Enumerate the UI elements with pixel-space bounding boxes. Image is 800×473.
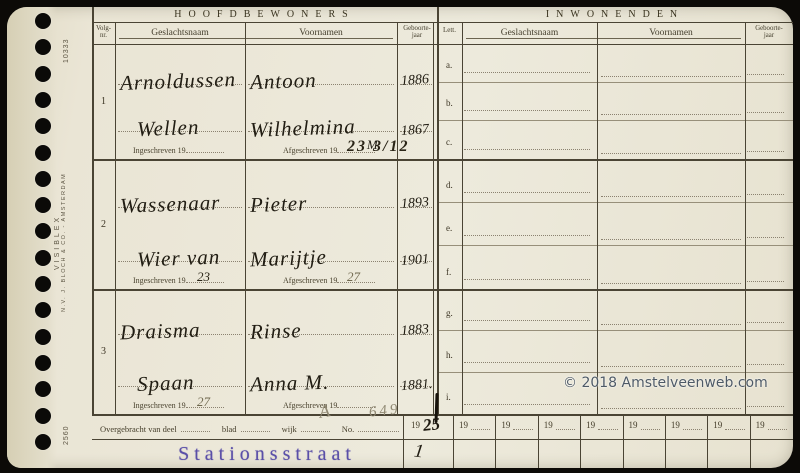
year-cell: 19 [453,414,495,439]
birthyear-handwriting: 1881. [400,377,433,395]
year-cell: 19 [538,414,580,439]
year-cell: 19 [495,414,537,439]
watermark-copyright: © 2018 Amstelveenweb.com [563,375,773,391]
row-letter: h. [446,350,453,360]
ingeschreven-field: Ingeschreven 1923 [133,275,224,285]
grid-line [437,7,439,414]
afgeschreven-field: Afgeschreven 1927 [283,275,375,285]
firstname-handwriting: Wilhelmina [250,114,356,143]
firstname-handwriting: Anna M. [250,370,330,398]
lodger-row: c. [437,121,793,159]
firstname-handwriting: Marijtje [250,245,328,273]
year-cells: 19 19 19 19 19 19 19 19 [453,414,792,439]
surname-handwriting: Draisma [120,318,201,346]
surname-handwriting: Arnoldussen [120,67,237,96]
year-value-handwriting: 25 [422,414,441,436]
column-header-geboortejaar-left: Geboorte-jaar [397,25,437,39]
row-letter: e. [446,223,452,233]
year-cell: 19 [750,414,792,439]
lodger-row: a. [437,44,793,83]
lodger-row: b. [437,83,793,122]
lodger-row: h. [437,331,793,373]
firstname-initial-handwriting: M. [367,137,381,153]
ingeschreven-field: Ingeschreven 1927 [133,400,224,410]
birthyear-handwriting: 1883 [400,322,429,340]
grid-line [92,439,793,440]
section-title-inwonenden: INWONENDEN [437,9,793,22]
row-letter: g. [446,308,453,318]
grid-line [462,22,463,414]
scanned-register-card: 10333 VISIBLEX N.V. J. BLOCH & CO. - AMS… [0,0,800,473]
lodger-row: g. [437,289,793,331]
section-title-hoofdbewoners: HOOFDBEWONERS [92,9,437,22]
street-name-stamp: Stationsstraat [127,443,407,466]
column-header-geslachtsnaam-left: Geslachtsnaam [115,28,245,38]
afgeschreven-value: 27 [347,269,360,285]
grid-line [92,7,94,414]
entry-group-2: 2 Wassenaar Pieter 1893 Wier van Marijtj… [92,159,437,289]
firstname-handwriting: Pieter [250,191,308,218]
entry-group-3: 3 Draisma Rinse 1883 Spaan Anna M. [92,289,437,414]
lodger-row: f. [437,246,793,289]
grid-line [92,159,793,161]
row-letter: c. [446,137,452,147]
lodger-row: d. [437,159,793,203]
register-card: 10333 VISIBLEX N.V. J. BLOCH & CO. - AMS… [7,7,793,468]
no-label: No. [342,424,355,434]
inwonenden-table: a. b. c. d. e. f. g. h. i. [437,44,793,414]
column-header-voornamen-right: Voornamen [597,28,745,38]
column-header-geslachtsnaam-right: Geslachtsnaam [462,28,597,38]
entry-group-1: 1 Arnoldussen Antoon 1886 Wellen Wilhelm… [92,44,437,159]
wijk-label: wijk [282,424,297,434]
lodger-row: e. [437,203,793,247]
year-cell: 19 [665,414,707,439]
year-prefix: 19 [411,420,420,430]
column-header-lett: Lett. [437,26,462,34]
row-letter: f. [446,267,451,277]
grid-line [92,44,793,45]
firstname-handwriting: Antoon [250,68,318,95]
year-cell: 19 [580,414,622,439]
birthyear-handwriting: 1901 [400,252,429,270]
year-cell-current: 19 25 [403,414,453,439]
firstname-handwriting: Rinse [250,318,302,345]
row-letter: d. [446,180,453,190]
birthyear-handwriting: 1893 [400,195,429,213]
hoofdbewoners-table: 1 Arnoldussen Antoon 1886 Wellen Wilhelm… [92,44,437,414]
entry-number: 1 [92,44,115,159]
row-letter: a. [446,60,452,70]
header-underline-left [119,38,393,39]
grid-line [745,22,746,414]
grid-line [92,289,793,291]
ingeschreven-field: Ingeschreven 19 [133,145,224,155]
grid-line [597,22,598,414]
column-header-voornamen-left: Voornamen [245,28,397,38]
table-area: HOOFDBEWONERS INWONENDEN Volg-nr. Geslac… [7,7,793,468]
grid-line [397,22,398,414]
grid-line [115,22,116,414]
entry-number: 3 [92,289,115,414]
entry-number: 2 [92,159,115,289]
birthyear-handwriting: 1886 [400,72,429,90]
grid-line [245,22,246,414]
surname-handwriting: Wier van [137,245,221,273]
row-letter: i. [446,392,451,402]
house-number-handwriting: 1 [413,440,425,463]
blad-label: blad [222,424,237,434]
ingeschreven-value: 27 [197,394,210,410]
row-letter: b. [446,98,453,108]
year-cell: 19 [623,414,665,439]
no-value-handwriting: 649 [368,401,401,421]
surname-handwriting: Wassenaar [120,190,221,218]
afgeschreven-field: Afgeschreven 1923 3/12 [283,145,375,155]
column-header-geboortejaar-right: Geboorte-jaar [745,25,793,39]
transfer-row: Overgebracht van deel blad wijk No. [92,414,403,439]
year-cell: 19 [707,414,749,439]
birthyear-handwriting: 1867 [400,122,429,140]
surname-handwriting: Spaan [137,370,195,397]
header-underline-right [466,38,741,39]
grid-line [92,22,793,23]
grid-line [433,22,434,414]
ingeschreven-value: 23 [197,269,210,285]
column-header-volgnr: Volg-nr. [92,25,115,39]
transfer-label: Overgebracht van deel [100,424,177,434]
surname-handwriting: Wellen [137,115,200,142]
